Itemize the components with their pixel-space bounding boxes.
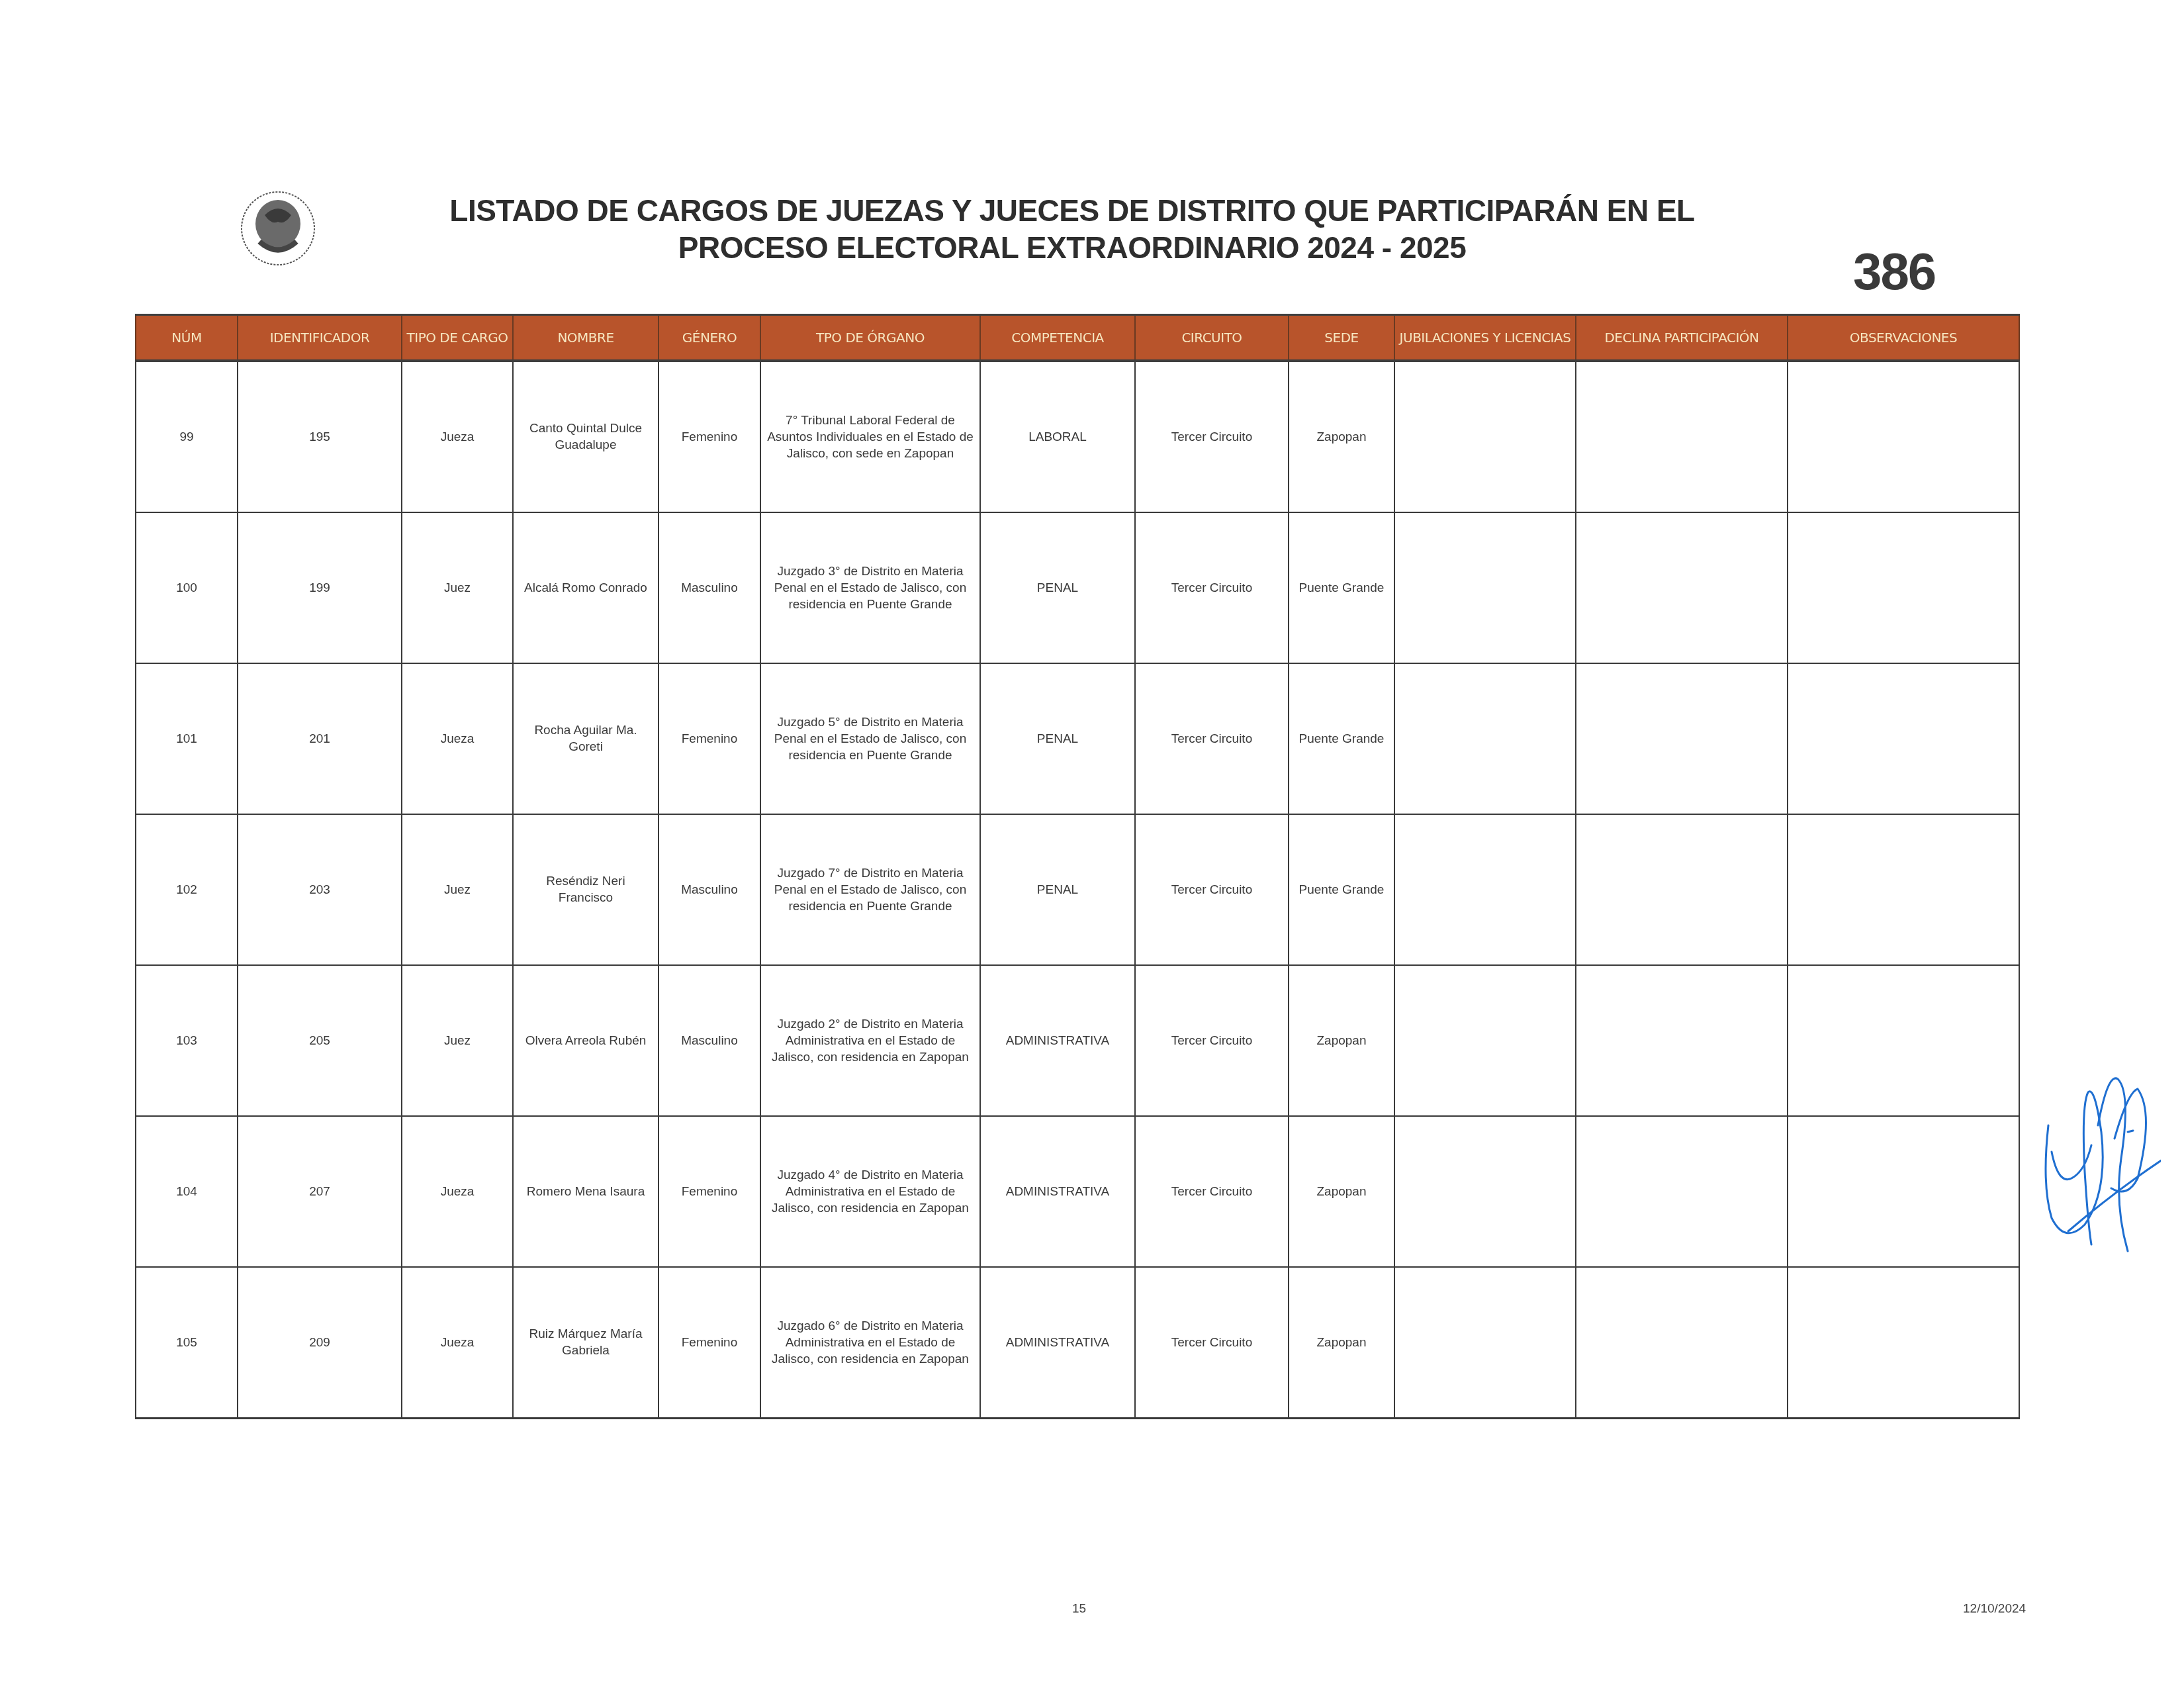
num-cell: 100 — [136, 512, 238, 663]
page-number: 15 — [1072, 1602, 1086, 1617]
organo-cell: Juzgado 6° de Distrito en Materia Admini… — [760, 1267, 980, 1419]
num-cell: 103 — [136, 965, 238, 1116]
observaciones-cell — [1788, 1116, 2019, 1267]
genero-cell: Femenino — [659, 1116, 760, 1267]
observaciones-cell — [1788, 814, 2019, 965]
tipo-cargo-cell: Juez — [402, 512, 513, 663]
column-header: IDENTIFICADOR — [238, 315, 402, 361]
identificador-cell: 199 — [238, 512, 402, 663]
jubilaciones-cell — [1394, 1116, 1576, 1267]
tipo-cargo-cell: Jueza — [402, 663, 513, 814]
sede-cell: Zapopan — [1289, 1116, 1394, 1267]
circuito-cell: Tercer Circuito — [1135, 814, 1289, 965]
title-line-2: PROCESO ELECTORAL EXTRAORDINARIO 2024 - … — [371, 229, 1774, 266]
competencia-cell: ADMINISTRATIVA — [980, 965, 1135, 1116]
organo-cell: Juzgado 7° de Distrito en Materia Penal … — [760, 814, 980, 965]
competencia-cell: PENAL — [980, 814, 1135, 965]
nombre-cell: Ruiz Márquez María Gabriela — [513, 1267, 659, 1419]
nombre-cell: Olvera Arreola Rubén — [513, 965, 659, 1116]
nombre-cell: Rocha Aguilar Ma. Goreti — [513, 663, 659, 814]
column-header: DECLINA PARTICIPACIÓN — [1576, 315, 1788, 361]
table-row: 105209JuezaRuiz Márquez María GabrielaFe… — [136, 1267, 2019, 1419]
organo-cell: Juzgado 2° de Distrito en Materia Admini… — [760, 965, 980, 1116]
table-header-row: NÚMIDENTIFICADORTIPO DE CARGONOMBREGÉNER… — [136, 315, 2019, 361]
declina-cell — [1576, 814, 1788, 965]
genero-cell: Femenino — [659, 1267, 760, 1419]
declina-cell — [1576, 361, 1788, 512]
sede-cell: Zapopan — [1289, 1267, 1394, 1419]
declina-cell — [1576, 663, 1788, 814]
table-row: 99195JuezaCanto Quintal Dulce GuadalupeF… — [136, 361, 2019, 512]
competencia-cell: ADMINISTRATIVA — [980, 1267, 1135, 1419]
identificador-cell: 201 — [238, 663, 402, 814]
tipo-cargo-cell: Juez — [402, 814, 513, 965]
folio-number: 386 — [1853, 242, 1935, 302]
column-header: TIPO DE CARGO — [402, 315, 513, 361]
column-header: GÉNERO — [659, 315, 760, 361]
organo-cell: Juzgado 3° de Distrito en Materia Penal … — [760, 512, 980, 663]
declina-cell — [1576, 512, 1788, 663]
jubilaciones-cell — [1394, 512, 1576, 663]
observaciones-cell — [1788, 512, 2019, 663]
observaciones-cell — [1788, 965, 2019, 1116]
observaciones-cell — [1788, 361, 2019, 512]
declina-cell — [1576, 1267, 1788, 1419]
declina-cell — [1576, 965, 1788, 1116]
num-cell: 101 — [136, 663, 238, 814]
identificador-cell: 203 — [238, 814, 402, 965]
jubilaciones-cell — [1394, 965, 1576, 1116]
observaciones-cell — [1788, 1267, 2019, 1419]
jubilaciones-cell — [1394, 814, 1576, 965]
jubilaciones-cell — [1394, 663, 1576, 814]
sede-cell: Puente Grande — [1289, 814, 1394, 965]
circuito-cell: Tercer Circuito — [1135, 1116, 1289, 1267]
nombre-cell: Romero Mena Isaura — [513, 1116, 659, 1267]
circuito-cell: Tercer Circuito — [1135, 965, 1289, 1116]
competencia-cell: LABORAL — [980, 361, 1135, 512]
num-cell: 99 — [136, 361, 238, 512]
identificador-cell: 209 — [238, 1267, 402, 1419]
column-header: NOMBRE — [513, 315, 659, 361]
table-row: 104207JuezaRomero Mena IsauraFemeninoJuz… — [136, 1116, 2019, 1267]
circuito-cell: Tercer Circuito — [1135, 512, 1289, 663]
table-row: 100199JuezAlcalá Romo ConradoMasculinoJu… — [136, 512, 2019, 663]
identificador-cell: 195 — [238, 361, 402, 512]
document-date: 12/10/2024 — [1963, 1602, 2026, 1617]
declina-cell — [1576, 1116, 1788, 1267]
handwritten-signature-icon — [2028, 1053, 2161, 1278]
cargos-table: NÚMIDENTIFICADORTIPO DE CARGONOMBREGÉNER… — [135, 314, 2020, 1419]
observaciones-cell — [1788, 663, 2019, 814]
table-row: 102203JuezReséndiz Neri FranciscoMasculi… — [136, 814, 2019, 965]
identificador-cell: 205 — [238, 965, 402, 1116]
genero-cell: Masculino — [659, 814, 760, 965]
column-header: OBSERVACIONES — [1788, 315, 2019, 361]
circuito-cell: Tercer Circuito — [1135, 361, 1289, 512]
column-header: JUBILACIONES Y LICENCIAS — [1394, 315, 1576, 361]
sede-cell: Zapopan — [1289, 361, 1394, 512]
title-line-1: LISTADO DE CARGOS DE JUEZAS Y JUECES DE … — [371, 192, 1774, 229]
nombre-cell: Alcalá Romo Conrado — [513, 512, 659, 663]
genero-cell: Masculino — [659, 512, 760, 663]
document-title: LISTADO DE CARGOS DE JUEZAS Y JUECES DE … — [371, 192, 1774, 266]
column-header: NÚM — [136, 315, 238, 361]
num-cell: 102 — [136, 814, 238, 965]
table-row: 103205JuezOlvera Arreola RubénMasculinoJ… — [136, 965, 2019, 1116]
tipo-cargo-cell: Juez — [402, 965, 513, 1116]
jubilaciones-cell — [1394, 1267, 1576, 1419]
sede-cell: Zapopan — [1289, 965, 1394, 1116]
table-row: 101201JuezaRocha Aguilar Ma. GoretiFemen… — [136, 663, 2019, 814]
sede-cell: Puente Grande — [1289, 512, 1394, 663]
organo-cell: Juzgado 5° de Distrito en Materia Penal … — [760, 663, 980, 814]
nombre-cell: Canto Quintal Dulce Guadalupe — [513, 361, 659, 512]
organo-cell: Juzgado 4° de Distrito en Materia Admini… — [760, 1116, 980, 1267]
competencia-cell: PENAL — [980, 512, 1135, 663]
competencia-cell: PENAL — [980, 663, 1135, 814]
sede-cell: Puente Grande — [1289, 663, 1394, 814]
competencia-cell: ADMINISTRATIVA — [980, 1116, 1135, 1267]
senado-seal-icon — [212, 179, 344, 278]
column-header: TPO DE ÓRGANO — [760, 315, 980, 361]
column-header: SEDE — [1289, 315, 1394, 361]
column-header: CIRCUITO — [1135, 315, 1289, 361]
column-header: COMPETENCIA — [980, 315, 1135, 361]
circuito-cell: Tercer Circuito — [1135, 663, 1289, 814]
tipo-cargo-cell: Jueza — [402, 1267, 513, 1419]
num-cell: 105 — [136, 1267, 238, 1419]
organo-cell: 7° Tribunal Laboral Federal de Asuntos I… — [760, 361, 980, 512]
tipo-cargo-cell: Jueza — [402, 1116, 513, 1267]
jubilaciones-cell — [1394, 361, 1576, 512]
tipo-cargo-cell: Jueza — [402, 361, 513, 512]
genero-cell: Femenino — [659, 663, 760, 814]
nombre-cell: Reséndiz Neri Francisco — [513, 814, 659, 965]
num-cell: 104 — [136, 1116, 238, 1267]
genero-cell: Masculino — [659, 965, 760, 1116]
circuito-cell: Tercer Circuito — [1135, 1267, 1289, 1419]
genero-cell: Femenino — [659, 361, 760, 512]
identificador-cell: 207 — [238, 1116, 402, 1267]
